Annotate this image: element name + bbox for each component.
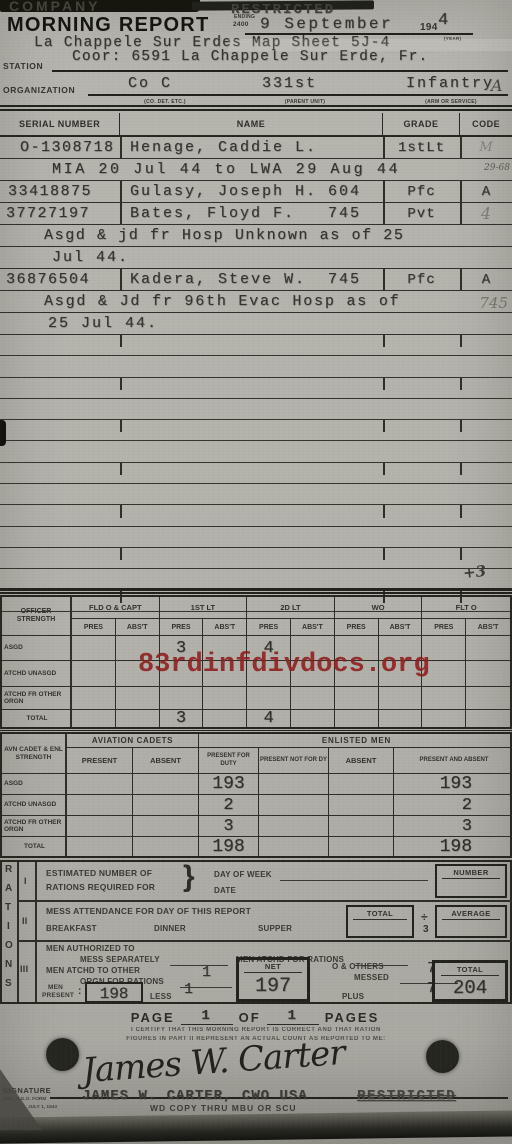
rations-section: R A T I O N S I II III ESTIMATED NUMBER … [0, 860, 512, 1004]
group-flt-o: FLT O [422, 597, 510, 619]
group-aviation-cadets: AVIATION CADETS [67, 734, 199, 748]
empty-roster-row [0, 548, 512, 569]
cell [72, 710, 116, 727]
sub-abst: ABS'T [466, 619, 510, 636]
rations-letter: O [5, 940, 13, 951]
sub-abst: ABS'T [291, 619, 335, 636]
page-number: 1 [181, 1008, 233, 1025]
sub-pres: PRES [247, 619, 291, 636]
grade-value: Pvt [383, 206, 460, 222]
net-label: NET [244, 962, 301, 973]
serial-number: 36876504 [0, 271, 120, 288]
code-handwritten: 29-68 [484, 163, 510, 173]
officer-top-rule [0, 592, 512, 594]
less-label: LESS [150, 992, 172, 1001]
enlisted-top-rule [0, 730, 512, 732]
cell: 2 [394, 795, 512, 816]
signature-typed: JAMES W. CARTER, CWO USA [82, 1088, 308, 1104]
page-label: PAGE [131, 1010, 175, 1025]
divide-sign: ÷ [421, 910, 428, 924]
station-label: STATION [3, 61, 43, 71]
pages-label: PAGES [325, 1010, 380, 1025]
empty-roster-row [0, 463, 512, 484]
dinner-label: DINNER [154, 924, 186, 933]
net-value: 197 [239, 975, 307, 998]
roster-row-entry: 36876504 Kadera, Steve W. 745 Pfc A [0, 269, 512, 291]
roster-row-remark: MIA 20 Jul 44 to LWA 29 Aug 44 29-68 [0, 159, 512, 181]
less-value: 1 [184, 981, 193, 998]
roster-row-remark: Asgd & Jd fr 96th Evac Hosp as of 745 [0, 291, 512, 313]
code-handwritten: M [460, 140, 512, 155]
org-branch-annotation: A [491, 76, 503, 95]
col-grade: GRADE [383, 113, 461, 135]
authorized-line2: MESS SEPARATELY [80, 955, 160, 964]
roster-row-remark: 25 Jul 44. [0, 313, 512, 335]
remark-text: Jul 44. [0, 249, 460, 266]
cell [133, 774, 199, 795]
cell: 4 [247, 710, 291, 727]
col-absent: ABSENT [133, 748, 199, 774]
roster-row-entry: O-1308718 Henage, Caddie L. 1stLt M [0, 137, 512, 159]
estimated-line2: RATIONS REQUIRED FOR [46, 882, 155, 892]
rations-letter: I [7, 921, 10, 932]
empty-roster-row [0, 441, 512, 462]
men-present-value: 198 [87, 985, 141, 1003]
plus-label: PLUS [342, 992, 364, 1001]
code-value: A [460, 184, 512, 200]
cell [203, 710, 247, 727]
empty-roster-row [0, 484, 512, 505]
day-of-week-label: DAY OF WEEK [214, 870, 272, 879]
group-2d-lt: 2D LT [247, 597, 335, 619]
roster-table: SERIAL NUMBER NAME GRADE CODE O-1308718 … [0, 113, 512, 612]
mess-attendance-title: MESS ATTENDANCE FOR DAY OF THIS REPORT [46, 906, 251, 916]
men-present-label-1: MEN [48, 984, 63, 991]
men-present-colon: : [78, 986, 82, 997]
empty-roster-row [0, 527, 512, 548]
estimated-line1: ESTIMATED NUMBER OF [46, 868, 152, 878]
cell [291, 687, 335, 710]
authorized-line1: MEN AUTHORIZED TO [46, 944, 135, 953]
cell [329, 774, 394, 795]
rations-letter: N [5, 959, 13, 970]
soldier-name: Henage, Caddie L. [120, 139, 383, 156]
ending-time: 2400 [233, 21, 249, 28]
cell: 3 [394, 816, 512, 837]
cell: 2 [199, 795, 259, 816]
rations-letter: T [5, 902, 11, 913]
punch-hole-right [426, 1040, 459, 1073]
sub-pres: PRES [160, 619, 204, 636]
code-handwritten: 745 [479, 294, 508, 312]
cell [67, 816, 133, 837]
soldier-name: Bates, Floyd F. 745 [120, 205, 383, 222]
cell [259, 795, 329, 816]
remark-text: Asgd & jd fr Hosp Unknown as of 25 [0, 227, 460, 244]
empty-roster-row [0, 378, 512, 399]
cell [203, 687, 247, 710]
atchd-other-value: 1 [202, 964, 211, 981]
scan-light-band [228, 39, 512, 51]
empty-roster-row [0, 399, 512, 420]
cell [72, 661, 116, 687]
col-code: CODE [460, 113, 512, 135]
year-printed: 194 [420, 22, 438, 33]
code-value: A [460, 272, 512, 288]
bottom-edge-shadow [0, 1110, 512, 1130]
men-present-box: 198 [85, 982, 143, 1003]
net-box: NET 197 [236, 957, 310, 1002]
men-present-label-2: PRESENT [42, 992, 74, 999]
breakfast-label: BREAKFAST [46, 924, 97, 933]
cell [379, 687, 423, 710]
atchd-other-line1: MEN ATCHD TO OTHER [46, 966, 140, 975]
col-serial-number: SERIAL NUMBER [0, 113, 120, 135]
date-label: DATE [214, 886, 236, 895]
col-name: NAME [120, 113, 382, 135]
section-numeral-1: I [24, 876, 27, 886]
cell: 193 [394, 774, 512, 795]
punch-hole-left [46, 1038, 79, 1071]
number-label: NUMBER [442, 868, 499, 879]
average-label: AVERAGE [442, 909, 499, 920]
of-label: OF [239, 1010, 261, 1025]
header-double-rule-a [0, 105, 512, 107]
cell: 198 [199, 837, 259, 856]
restricted-bottom-stamp: RESTRICTED [357, 1088, 456, 1104]
cell [133, 837, 199, 856]
cell: 193 [199, 774, 259, 795]
org-unit: Co C [128, 75, 172, 92]
o-others-line1: O & OTHERS [332, 962, 384, 971]
cell [422, 710, 466, 727]
org-branch: Infantry [406, 75, 494, 92]
mess-total-box: TOTAL [346, 905, 414, 938]
page-title: MORNING REPORT [7, 14, 209, 37]
roster-row-remark: Jul 44. [0, 247, 512, 269]
org-parent-unit: 331st [262, 75, 317, 92]
total-label: TOTAL [441, 965, 500, 976]
cell [466, 710, 510, 727]
soldier-name: Gulasy, Joseph H. 604 [120, 183, 383, 200]
number-box: NUMBER [435, 864, 507, 898]
cell [329, 795, 394, 816]
group-enlisted-men: ENLISTED MEN [199, 734, 512, 748]
roster-header-row: SERIAL NUMBER NAME GRADE CODE [0, 113, 512, 137]
organization-line [88, 94, 508, 96]
cell [116, 687, 160, 710]
total-label: TOTAL [353, 909, 407, 920]
cell [335, 687, 379, 710]
sub-abst: ABS'T [116, 619, 160, 636]
officer-corner-label: OFFICER STRENGTH [2, 597, 72, 636]
location-line-2: Coor: 6591 La Chappele Sur Erde, Fr. [72, 49, 428, 65]
average-box: AVERAGE [435, 905, 507, 938]
sub-abst: ABS'T [203, 619, 247, 636]
section-numeral-2: II [22, 916, 28, 926]
grade-value: Pfc [383, 272, 460, 288]
col-present: PRESENT [67, 748, 133, 774]
row-total: TOTAL [2, 710, 72, 727]
archive-watermark: 83rdinfdivdocs.org [138, 650, 430, 680]
empty-roster-row [0, 420, 512, 441]
cell [259, 774, 329, 795]
cell [133, 795, 199, 816]
brace-glyph: } [183, 860, 195, 894]
cell [133, 816, 199, 837]
roster-row-remark: Asgd & jd fr Hosp Unknown as of 25 [0, 225, 512, 247]
o-others-line2: MESSED [354, 973, 389, 982]
rations-letter: S [5, 978, 12, 989]
cell [379, 710, 423, 727]
cell [247, 687, 291, 710]
cell [466, 687, 510, 710]
cell: 3 [199, 816, 259, 837]
remark-text: MIA 20 Jul 44 to LWA 29 Aug 44 [0, 161, 460, 178]
section-numeral-3: III [20, 964, 28, 974]
row-atchd-fr-other: ATCHD FR OTHER ORGN [2, 687, 72, 710]
scan-blob-left [0, 420, 6, 446]
row-atchd-unasgd: ATCHD UNASGD [2, 661, 72, 687]
grade-value: 1stLt [383, 140, 460, 156]
rations-letter: R [5, 864, 13, 875]
cell [329, 816, 394, 837]
serial-number: O-1308718 [0, 139, 120, 156]
row-atchd-unasgd: ATCHD UNASGD [2, 795, 67, 816]
cell: 198 [394, 837, 512, 856]
empty-roster-row [0, 505, 512, 526]
rations-total-box: TOTAL 204 [432, 960, 508, 1002]
cell [67, 774, 133, 795]
form-number-line2: JULY 1, 1943 [28, 1105, 57, 1110]
company-ghost-label: COMPANY [9, 0, 101, 14]
cell [259, 837, 329, 856]
col-present-and-absent: PRESENT AND ABSENT [394, 748, 512, 774]
cell [466, 636, 510, 661]
year-handwritten: 4 [438, 11, 448, 30]
soldier-name: Kadera, Steve W. 745 [120, 271, 383, 288]
cell [67, 795, 133, 816]
col-absent-2: ABSENT [329, 748, 394, 774]
enlisted-corner-label: AVN CADET & ENL STRENGTH [2, 734, 67, 774]
roster-bottom-rule [0, 588, 512, 591]
roster-row-entry: 37727197 Bates, Floyd F. 745 Pvt 4 [0, 203, 512, 225]
row-atchd-fr-other: ATCHD FR OTHER ORGN [2, 816, 67, 837]
cell [116, 710, 160, 727]
sub-pres: PRES [422, 619, 466, 636]
sub-pres: PRES [335, 619, 379, 636]
col-present-for-duty: PRESENT FOR DUTY [199, 748, 259, 774]
group-1st-lt: 1ST LT [160, 597, 248, 619]
grade-value: Pfc [383, 184, 460, 200]
empty-roster-row [0, 356, 512, 377]
row-asgd: ASGD [2, 774, 67, 795]
header-double-rule-b [0, 109, 512, 111]
restricted-top-stamp: RESTRICTED [231, 2, 335, 18]
serial-number: 33418875 [0, 183, 120, 200]
page-count-line: PAGE 1 OF 1 PAGES [60, 1008, 450, 1025]
cell [67, 837, 133, 856]
group-wo: WO [335, 597, 423, 619]
empty-roster-row [0, 335, 512, 356]
cell [259, 816, 329, 837]
rations-total-value: 204 [435, 977, 505, 999]
cell [291, 710, 335, 727]
wd-copy-line: WD COPY THRU MBU OR SCU [150, 1103, 297, 1113]
row-asgd: ASGD [2, 636, 72, 661]
margin-note-plus3: +3 [462, 562, 487, 582]
remark-text: 25 Jul 44. [0, 315, 460, 332]
cell [72, 687, 116, 710]
serial-number: 37727197 [0, 205, 120, 222]
cell [160, 687, 204, 710]
certify-line-1: I CERTIFY THAT THIS MORNING REPORT IS CO… [56, 1027, 456, 1033]
cell [329, 837, 394, 856]
col-present-not-for-dy: PRESENT NOT FOR DY [259, 748, 329, 774]
group-fld-capt: FLD O & CAPT [72, 597, 160, 619]
station-line [52, 70, 508, 72]
organization-label: ORGANIZATION [3, 85, 75, 95]
cell [72, 636, 116, 661]
morning-report-scan: COMPANY RESTRICTED MORNING REPORT ENDING… [0, 0, 512, 1130]
pages-number: 1 [267, 1008, 319, 1025]
divide-by: 3 [423, 924, 429, 935]
cell [466, 661, 510, 687]
sub-abst: ABS'T [379, 619, 423, 636]
remark-text: Asgd & Jd fr 96th Evac Hosp as of [0, 293, 460, 310]
cell [335, 710, 379, 727]
row-total: TOTAL [2, 837, 67, 856]
supper-label: SUPPER [258, 924, 292, 933]
cell: 3 [160, 710, 204, 727]
code-handwritten: 4 [460, 204, 512, 223]
roster-row-entry: 33418875 Gulasy, Joseph H. 604 Pfc A [0, 181, 512, 203]
rations-letter: A [5, 883, 13, 894]
sub-pres: PRES [72, 619, 116, 636]
cell [422, 687, 466, 710]
enlisted-strength-table: AVN CADET & ENL STRENGTH AVIATION CADETS… [0, 732, 512, 858]
